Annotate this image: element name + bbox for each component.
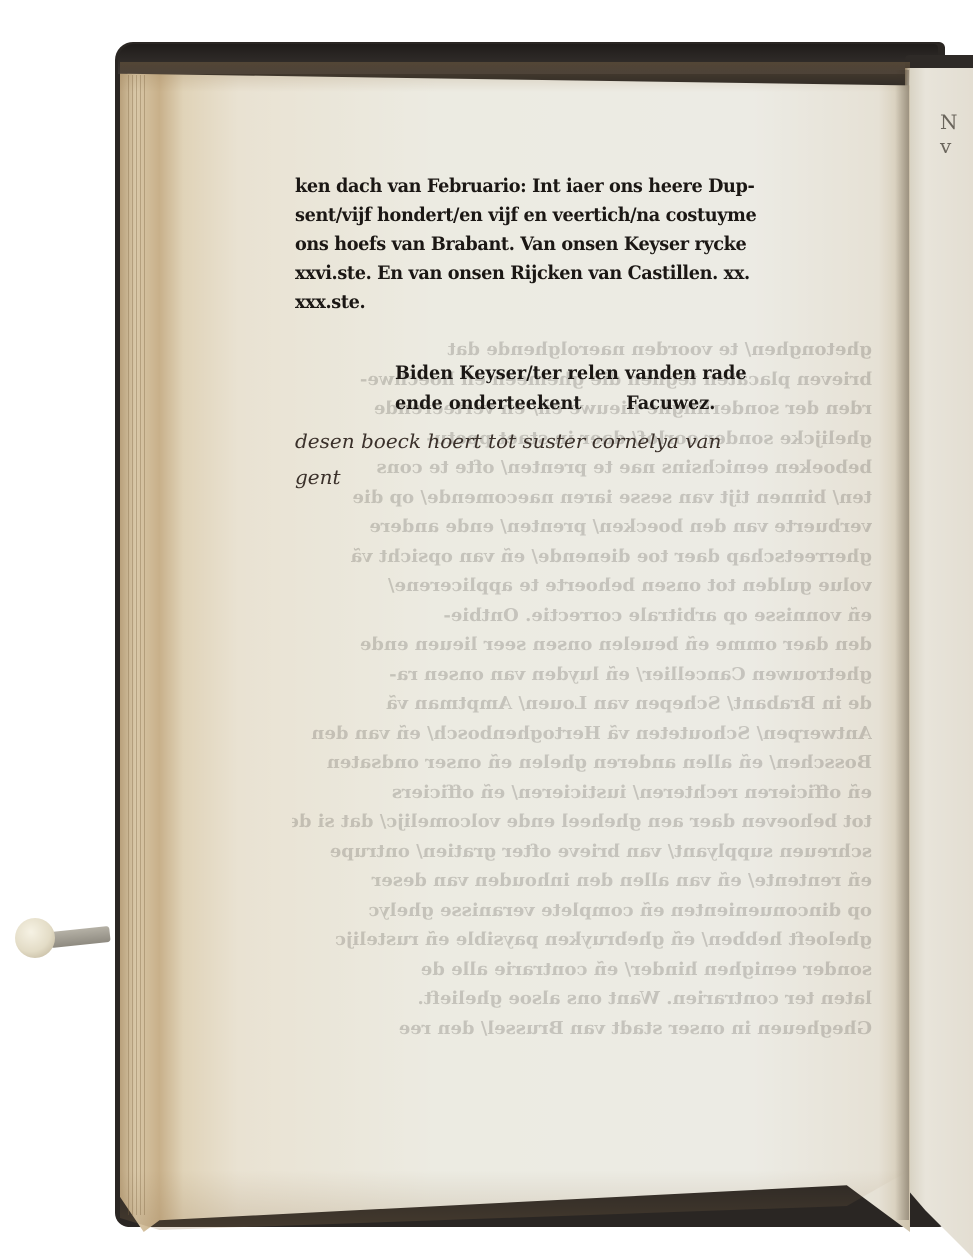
page-top-stain [120,62,910,92]
colophon-line: sent/vijf hondert/en vijf en veertich/na… [295,201,825,230]
right-page-signature-mark: N v [940,110,973,158]
show-through-line: volue gulden tot onsen behoerte te appli… [292,571,872,601]
show-through-line: sonder eenighen hinder/ eñ contrarie all… [292,955,872,985]
show-through-line: laten ter contrarien. Want ons alsoe ghe… [292,984,872,1014]
show-through-line: tot behoeven daer aen gheheel ende volco… [292,807,872,837]
show-through-line: gheloeft hebben/ eñ ghebruyken paysible … [292,925,872,955]
clasp-strap [49,926,110,948]
signature-line-text: ende onderteekent [395,392,582,414]
show-through-line: de in Brabant/ Schepen van Louen/ Amptma… [292,689,872,719]
show-through-line: Ghegheuen in onser stadt van Brussel/ de… [292,1014,872,1044]
show-through-line: Antwerpen/ Schouteten vã Hertoghenbosch/… [292,719,872,749]
colophon-line: xxx.ste. [295,288,825,317]
show-through-line: gherreetschap daer toe dienende/ eñ van … [292,542,872,572]
signature-block: Biden Keyser/ter relen vanden rade ende … [395,358,773,418]
signature-line: Biden Keyser/ter relen vanden rade [395,358,747,388]
colophon-line: ons hoefs van Brabant. Van onsen Keyser … [295,230,825,259]
show-through-line: eñ rentente/ eñ van allen den inhouden v… [292,866,872,896]
show-through-line: op dinconuenienten eñ complete veranisse… [292,896,872,926]
ownership-inscription: desen boeck hoert tot suster cornelya va… [295,423,721,495]
clasp-bead [15,918,55,958]
fore-edge-page-layers [128,75,146,1215]
show-through-line: eñ vonnisse op arbitrale correctie. Ontb… [292,601,872,631]
show-through-line: schreuen supplyant/ van brieve ofter gra… [292,837,872,867]
signatory-name: Facuwez. [626,392,715,414]
show-through-line: ghetrouwen Cancellier/ eñ luyden van ons… [292,660,872,690]
inscription-line: desen boeck hoert tot suster cornelya va… [295,423,721,459]
show-through-line: verbuerte van den boecken/ prenten/ ende… [292,512,872,542]
inscription-line: gent [295,459,721,495]
gutter-shadow [895,70,909,1220]
show-through-line: eñ officieren rechteren/ iusticieren/ eñ… [292,778,872,808]
colophon-text: ken dach van Februario: Int iaer ons hee… [295,172,865,317]
show-through-line: den daer omme eñ beuelen onsen seer lieu… [292,630,872,660]
colophon-line: ken dach van Februario: Int iaer ons hee… [295,172,825,201]
show-through-line: Bosschen/ eñ allen anderen ghelen eñ ons… [292,748,872,778]
colophon-line: xxvi.ste. En van onsen Rijcken van Casti… [295,259,825,288]
signature-line: ende onderteekentFacuwez. [395,388,747,418]
right-page [905,68,973,1258]
